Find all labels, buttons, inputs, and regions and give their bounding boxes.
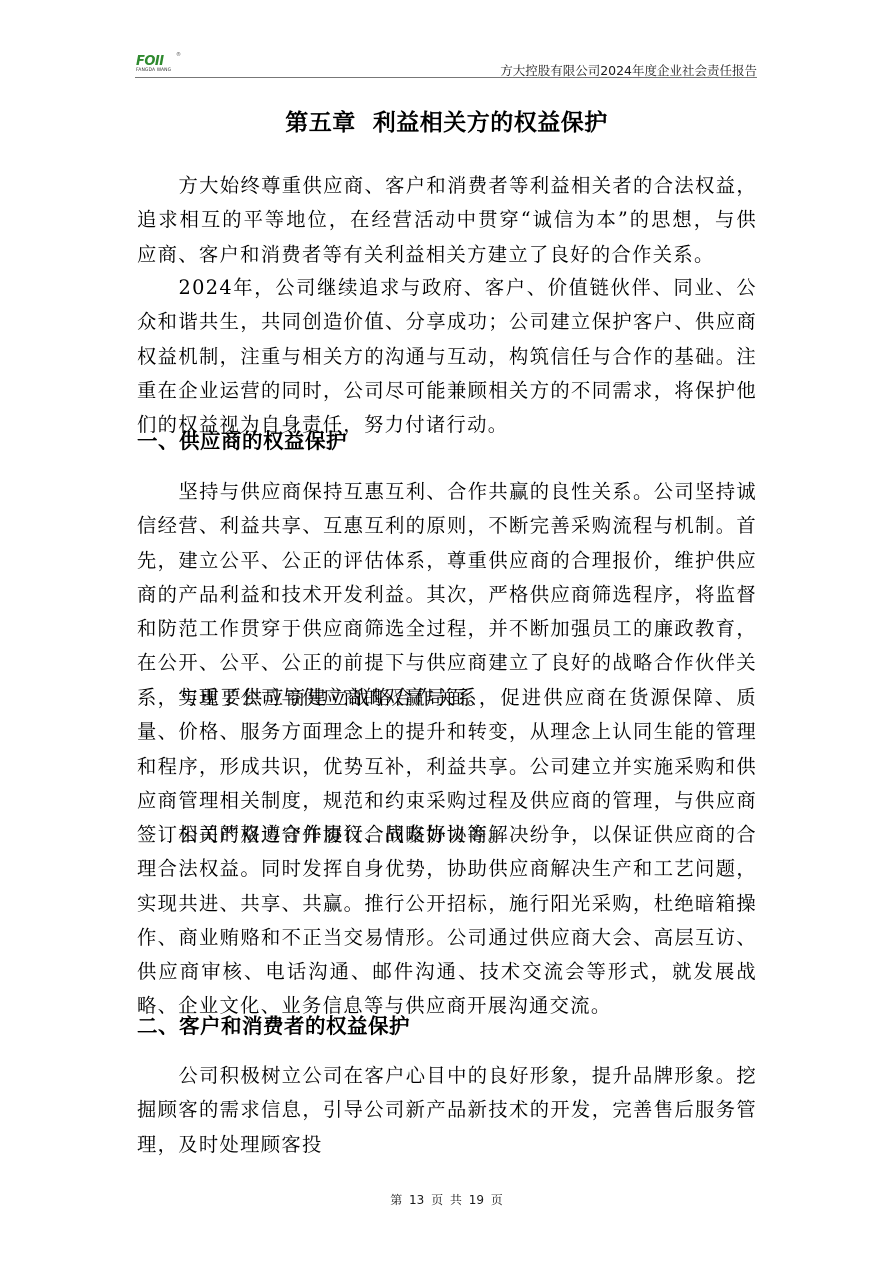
page-number: 第 13 页 共 19 页 [0, 1191, 893, 1208]
intro-paragraph-2: 2024年，公司继续追求与政府、客户、价值链伙伴、同业、公众和谐共生，共同创造价… [137, 271, 757, 442]
registered-mark-icon: ® [176, 52, 181, 58]
logo-subtitle: FANGDA WANG [136, 68, 171, 73]
document-page: FOII ® FANGDA WANG 方大控股有限公司2024年度企业社会责任报… [0, 0, 893, 1263]
customers-paragraph-1: 公司积极树立公司在客户心目中的良好形象，提升品牌形象。挖掘顾客的需求信息，引导公… [137, 1059, 757, 1162]
section-heading-suppliers: 一、供应商的权益保护 [137, 424, 347, 458]
section-heading-customers: 二、客户和消费者的权益保护 [137, 1009, 410, 1043]
suppliers-paragraph-1: 坚持与供应商保持互惠互利、合作共赢的良性关系。公司坚持诚信经营、利益共享、互惠互… [137, 475, 757, 715]
intro-paragraph-1: 方大始终尊重供应商、客户和消费者等利益相关者的合法权益，追求相互的平等地位，在经… [137, 169, 757, 272]
chapter-title: 第五章 利益相关方的权益保护 [0, 106, 893, 140]
page-header: FOII ® FANGDA WANG 方大控股有限公司2024年度企业社会责任报… [135, 50, 757, 80]
suppliers-paragraph-3: 公司严格遵守并履行合同友好协商解决纷争，以保证供应商的合理合法权益。同时发挥自身… [137, 818, 757, 1024]
logo-mark: FOII [136, 55, 164, 68]
company-logo: FOII ® FANGDA WANG [136, 55, 182, 75]
header-divider [135, 77, 757, 78]
